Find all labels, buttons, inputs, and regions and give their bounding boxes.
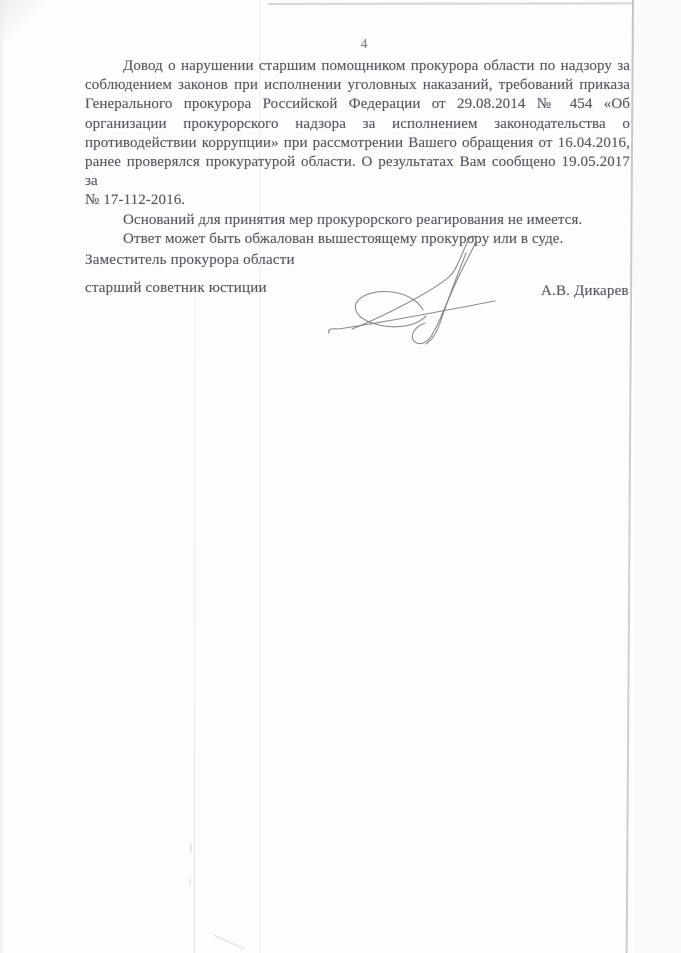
body-line: Генерального прокурора Российской Федера… (85, 95, 630, 114)
paragraph-no-grounds: Оснований для принятия мер прокурорского… (85, 211, 630, 230)
body-line: № 17-112-2016. (85, 191, 630, 210)
page-number: 4 (340, 36, 388, 52)
scan-speck (189, 878, 191, 886)
scan-streak-line (194, 295, 195, 953)
scanned-document-page: 4 Довод о нарушении старшим помощником п… (0, 0, 681, 953)
handwritten-signature (315, 235, 505, 353)
body-line: соблюдением законов при исполнении уголо… (85, 76, 630, 95)
scan-corner-shadow (0, 0, 52, 44)
scan-speck (190, 843, 192, 853)
document-body: Довод о нарушении старшим помощником про… (85, 57, 630, 249)
scan-speck (213, 934, 245, 949)
body-line: ранее проверялся прокуратурой области. О… (85, 153, 630, 191)
scan-top-paper-edge (268, 2, 680, 5)
scan-left-edge (0, 0, 5, 953)
signer-name: А.В. Дикарев (541, 283, 629, 300)
body-line: Довод о нарушении старшим помощником про… (85, 57, 630, 76)
body-line: организации прокурорского надзора за исп… (85, 115, 630, 134)
signer-position-line2: старший советник юстиции (85, 280, 267, 297)
body-line: противодействии коррупции» при рассмотре… (85, 134, 630, 153)
scan-right-margin-shade (633, 0, 681, 953)
signer-position-line1: Заместитель прокурора области (85, 252, 295, 269)
